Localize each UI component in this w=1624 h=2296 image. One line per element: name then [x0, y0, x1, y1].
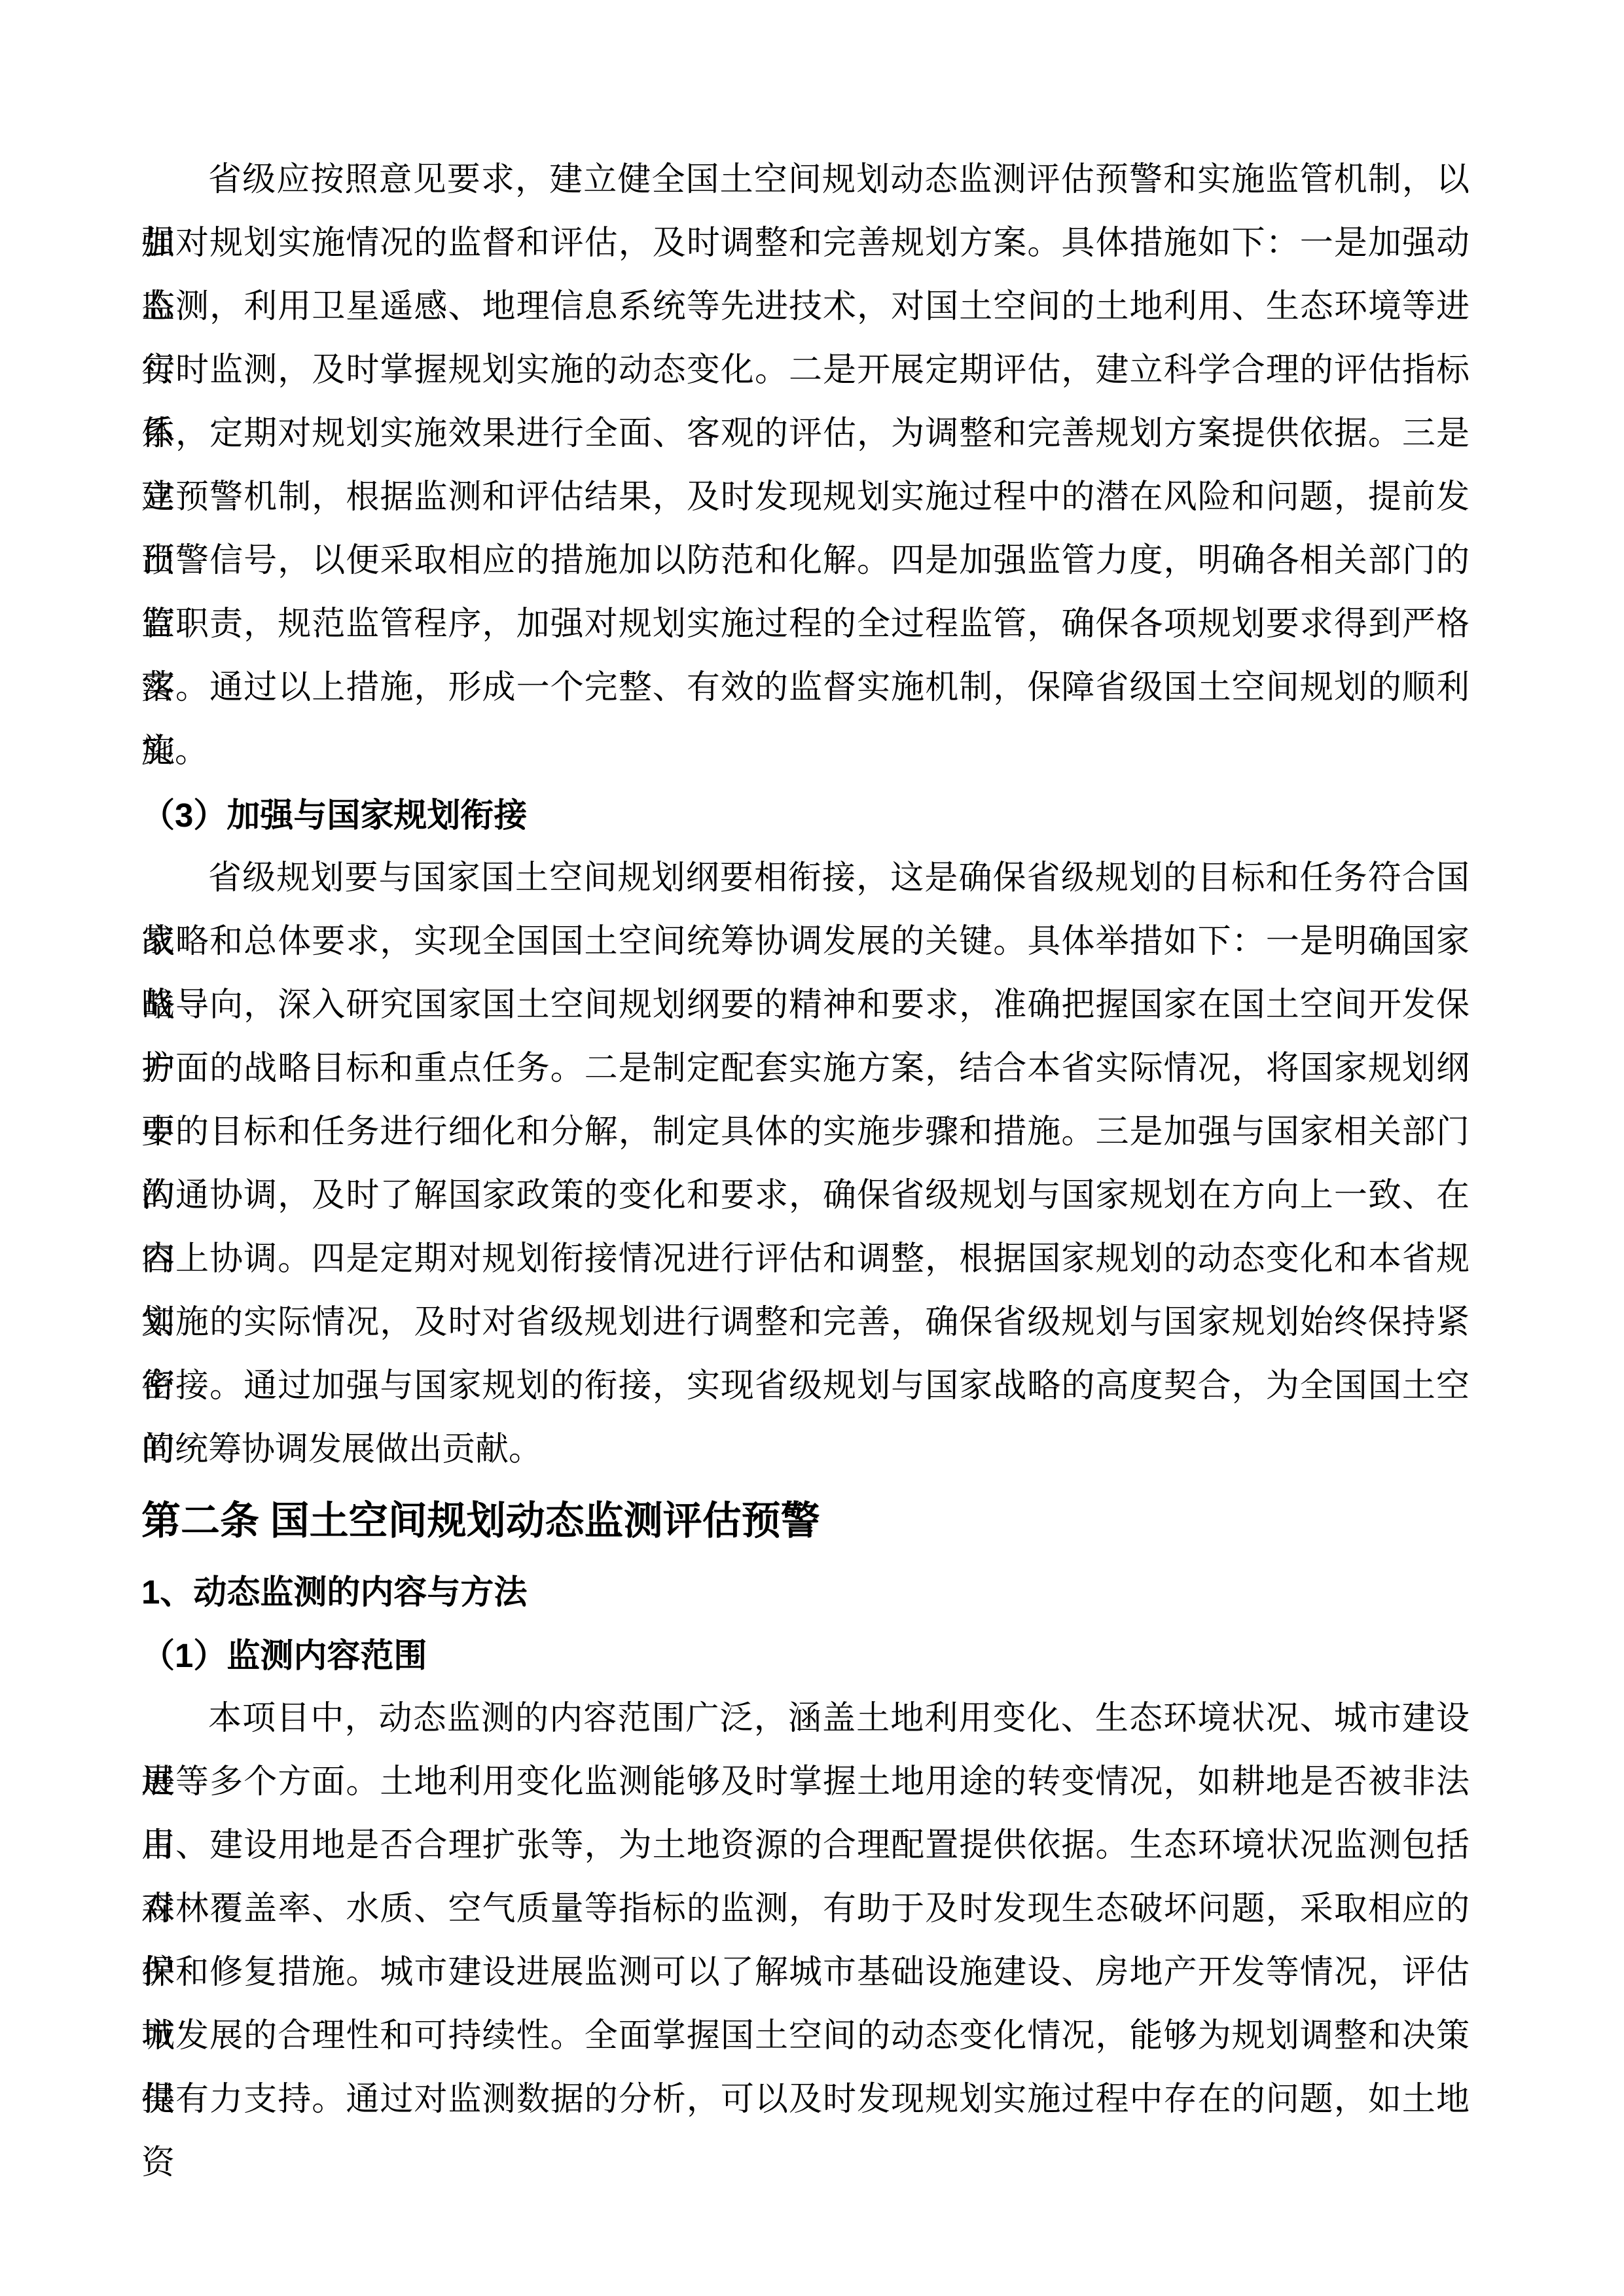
- paragraph-line: 实。通过以上措施，形成一个完整、有效的监督实施机制，保障省级国土空间规划的顺利实: [141, 656, 1470, 720]
- document-page: 省级应按照意见要求，建立健全国土空间规划动态监测评估预警和实施监管机制，以加 强…: [0, 0, 1624, 2296]
- paragraph-line: 容上协调。四是定期对规划衔接情况进行评估和调整，根据国家规划的动态变化和本省规划: [141, 1228, 1470, 1291]
- paragraph-line: 省级应按照意见要求，建立健全国土空间规划动态监测评估预警和实施监管机制，以加: [141, 149, 1470, 212]
- paragraph-1: 省级应按照意见要求，建立健全国土空间规划动态监测评估预警和实施监管机制，以加 强…: [141, 149, 1470, 783]
- paragraph-line: 管职责，规范监管程序，加强对规划实施过程的全过程监管，确保各项规划要求得到严格落: [141, 593, 1470, 656]
- paragraph-line: 方面的战略目标和重点任务。二是制定配套实施方案，结合本省实际情况，将国家规划纲要: [141, 1037, 1470, 1101]
- paragraph-line: 供有力支持。通过对监测数据的分析，可以及时发现规划实施过程中存在的问题，如土地资: [141, 2068, 1470, 2132]
- paragraph-line: 护和修复措施。城市建设进展监测可以了解城市基础设施建设、房地产开发等情况，评估城: [141, 1941, 1470, 2005]
- paragraph-line: 系，定期对规划实施效果进行全面、客观的评估，为调整和完善规划方案提供依据。三是建: [141, 403, 1470, 466]
- paragraph-line: 用、建设用地是否合理扩张等，为土地资源的合理配置提供依据。生态环境状况监测包括对: [141, 1814, 1470, 1878]
- section-heading-3: （3）加强与国家规划衔接: [141, 783, 1470, 847]
- paragraph-line: 本项目中，动态监测的内容范围广泛，涵盖土地利用变化、生态环境状况、城市建设进: [141, 1687, 1470, 1751]
- paragraph-line: 中的目标和任务进行细化和分解，制定具体的实施步骤和措施。三是加强与国家相关部门的: [141, 1101, 1470, 1164]
- paragraph-line: 森林覆盖率、水质、空气质量等指标的监测，有助于及时发现生态破坏问题，采取相应的保: [141, 1878, 1470, 1941]
- paragraph-line: 实时监测，及时掌握规划实施的动态变化。二是开展定期评估，建立科学合理的评估指标体: [141, 339, 1470, 403]
- paragraph-line: 实施的实际情况，及时对省级规划进行调整和完善，确保省级规划与国家规划始终保持紧密: [141, 1291, 1470, 1355]
- subheading-1: 1、动态监测的内容与方法: [141, 1560, 1470, 1624]
- paragraph-line: 沟通协调，及时了解国家政策的变化和要求，确保省级规划与国家规划在方向上一致、在内: [141, 1164, 1470, 1228]
- paragraph-line: 的统筹协调发展做出贡献。: [141, 1418, 1470, 1482]
- paragraph-line: 略导向，深入研究国家国土空间规划纲要的精神和要求，准确把握国家在国土空间开发保护: [141, 974, 1470, 1037]
- paragraph-line: 监测，利用卫星遥感、地理信息系统等先进技术，对国土空间的土地利用、生态环境等进行: [141, 276, 1470, 339]
- chapter-heading: 第二条 国土空间规划动态监测评估预警: [141, 1482, 1470, 1560]
- paragraph-line: 立预警机制，根据监测和评估结果，及时发现规划实施过程中的潜在风险和问题，提前发出: [141, 466, 1470, 529]
- paragraph-line: 省级规划要与国家国土空间规划纲要相衔接，这是确保省级规划的目标和任务符合国家: [141, 847, 1470, 910]
- paragraph-line: 市发展的合理性和可持续性。全面掌握国土空间的动态变化情况，能够为规划调整和决策提: [141, 2005, 1470, 2068]
- paragraph-line: 衔接。通过加强与国家规划的衔接，实现省级规划与国家战略的高度契合，为全国国土空间: [141, 1355, 1470, 1418]
- paragraph-line: 预警信号，以便采取相应的措施加以防范和化解。四是加强监管力度，明确各相关部门的监: [141, 529, 1470, 593]
- paragraph-line: 强对规划实施情况的监督和评估，及时调整和完善规划方案。具体措施如下：一是加强动态: [141, 212, 1470, 276]
- paragraph-2: 省级规划要与国家国土空间规划纲要相衔接，这是确保省级规划的目标和任务符合国家 战…: [141, 847, 1470, 1482]
- paragraph-line: 施。: [141, 720, 1470, 783]
- subheading-1-1: （1）监测内容范围: [141, 1624, 1470, 1687]
- paragraph-3: 本项目中，动态监测的内容范围广泛，涵盖土地利用变化、生态环境状况、城市建设进 展…: [141, 1687, 1470, 2132]
- paragraph-line: 展等多个方面。土地利用变化监测能够及时掌握土地用途的转变情况，如耕地是否被非法占: [141, 1751, 1470, 1814]
- paragraph-line: 战略和总体要求，实现全国国土空间统筹协调发展的关键。具体举措如下：一是明确国家战: [141, 910, 1470, 974]
